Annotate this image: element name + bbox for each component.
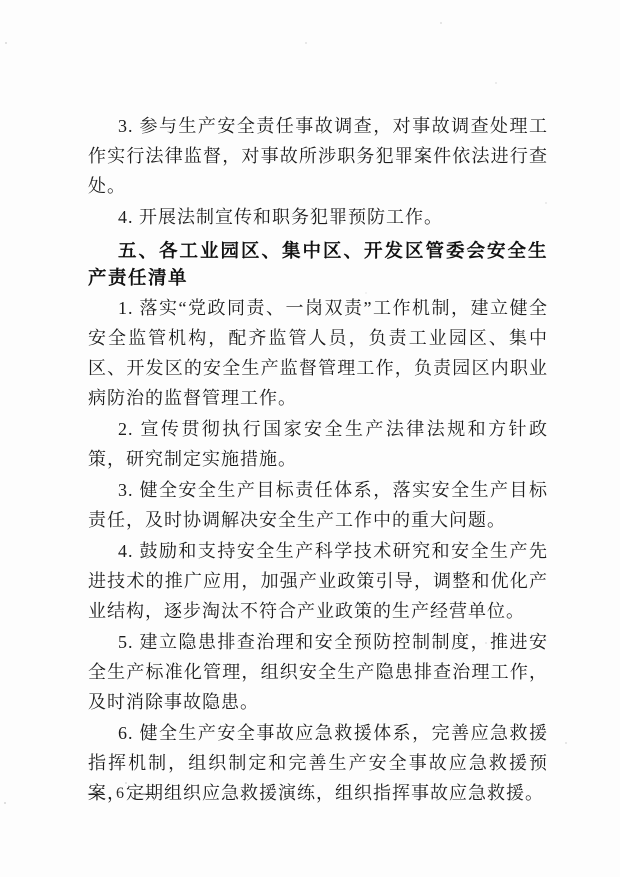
list-item-4b: 4. 鼓励和支持安全生产科学技术研究和安全生产先进技术的推广应用，加强产业政策引… [88, 536, 548, 626]
document-body: 3. 参与生产安全责任事故调查，对事故调查处理工作实行法律监督，对事故所涉职务犯… [88, 110, 548, 809]
list-item-6: 6. 健全生产安全事故应急救援体系，完善应急救援指挥机制，组织制定和完善生产安全… [88, 718, 548, 808]
list-item-1: 1. 落实“党政同责、一岗双责”工作机制，建立健全安全监管机构，配齐监管人员，负… [88, 293, 548, 413]
list-item-4: 4. 开展法制宣传和职务犯罪预防工作。 [88, 202, 548, 232]
section-heading: 五、各工业园区、集中区、开发区管委会安全生产责任清单 [88, 237, 548, 291]
scanned-document-page: 3. 参与生产安全责任事故调查，对事故调查处理工作实行法律监督，对事故所涉职务犯… [0, 0, 620, 877]
list-item-2: 2. 宣传贯彻执行国家安全生产法律法规和方针政策，研究制定实施措施。 [88, 414, 548, 474]
list-item-3b: 3. 健全安全生产目标责任体系，落实安全生产目标责任，及时协调解决安全生产工作中… [88, 475, 548, 535]
scan-noise [5, 42, 7, 44]
list-item-3: 3. 参与生产安全责任事故调查，对事故调查处理工作实行法律监督，对事故所涉职务犯… [88, 111, 548, 201]
page-number: — 6 — [88, 785, 156, 803]
list-item-5: 5. 建立隐患排查治理和安全预防控制制度，推进安全生产标准化管理，组织安全生产隐… [88, 627, 548, 717]
